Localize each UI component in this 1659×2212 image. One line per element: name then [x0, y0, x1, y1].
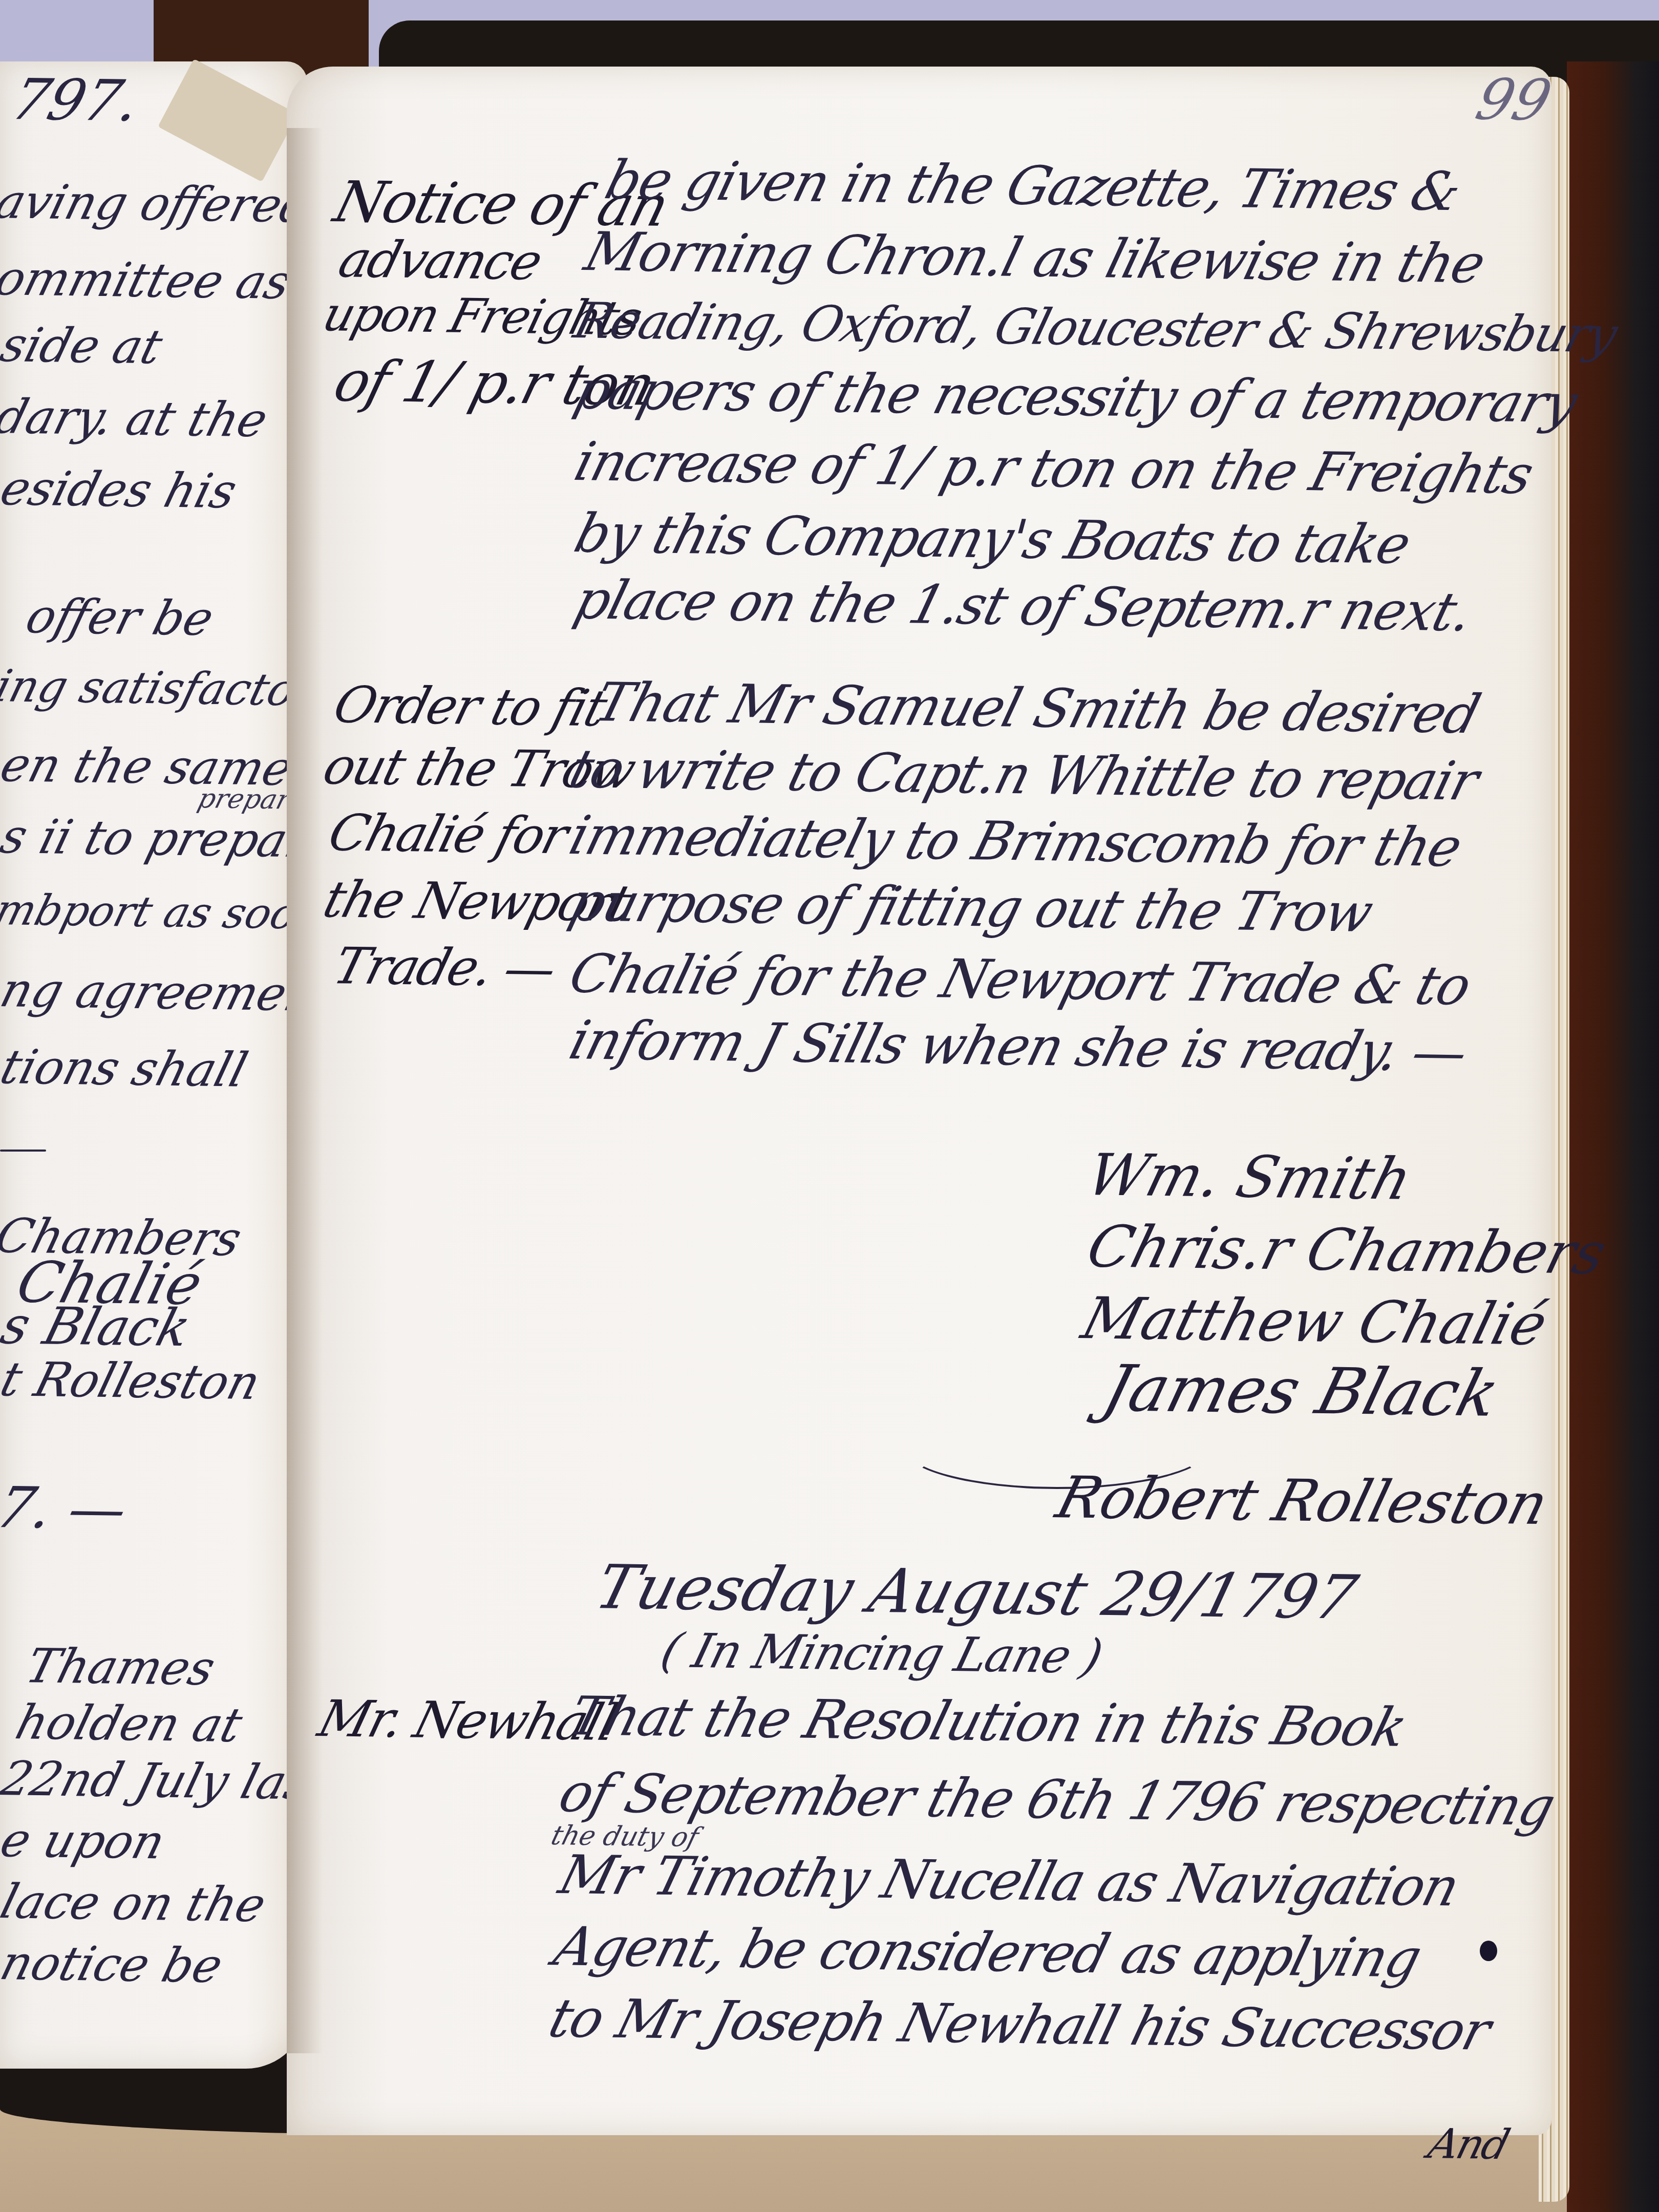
left-line: mbport as soon	[0, 886, 330, 939]
entry-line: inform J Sills when she is ready. —	[563, 1009, 1474, 1083]
left-page-header: 797.	[5, 67, 147, 134]
signature: Robert Rolleston	[1050, 1464, 1555, 1538]
signature: Chris.r Chambers	[1080, 1214, 1613, 1287]
left-line: 7. —	[0, 1475, 135, 1542]
entry-line: Morning Chron.l as likewise in the	[579, 220, 1491, 295]
left-line: dary. at the	[0, 389, 273, 448]
left-signature: s Black	[0, 1295, 197, 1358]
margin-note: Trade. —	[328, 937, 561, 998]
margin-note: advance	[333, 230, 547, 291]
book-cover-right	[1567, 61, 1659, 2212]
resolution-line: to Mr Joseph Newhall his Successor	[543, 1987, 1496, 2062]
meeting-date: Tuesday August 29/1797	[589, 1551, 1365, 1633]
left-line: holden at	[10, 1695, 248, 1753]
margin-note: Order to fit	[328, 676, 612, 738]
left-line: 22nd July last	[0, 1751, 336, 1811]
entry-line: by this Company's Boats to take	[568, 502, 1416, 576]
divider-rule	[0, 1150, 46, 1152]
margin-note: Chalié for	[323, 804, 573, 865]
left-line: side at	[0, 317, 168, 374]
left-signature: t Rolleston	[0, 1352, 266, 1410]
resolution-line: That the Resolution in this Book	[563, 1685, 1413, 1759]
entry-line: purpose of fitting out the Trow	[563, 870, 1379, 944]
resolution-line: Agent, be considered as applying	[548, 1915, 1427, 1990]
left-line: lace on the	[0, 1874, 271, 1932]
left-line: esides his	[0, 461, 242, 519]
left-line: notice be	[0, 1936, 228, 1993]
left-line: ommittee as	[0, 251, 297, 310]
signature: Matthew Chalié	[1075, 1285, 1554, 1358]
left-line: e upon	[0, 1813, 171, 1869]
left-line: tions shall	[0, 1039, 253, 1098]
entry-line: to write to Capt.n Whittle to repair	[563, 737, 1484, 813]
gutter-shadow	[287, 128, 323, 2053]
signature: Wm. Smith	[1080, 1142, 1418, 1213]
left-line: aving offered	[0, 174, 318, 233]
entry-line: That Mr Samuel Smith be desired	[589, 671, 1486, 746]
entry-line: Chalié for the Newport Trade & to	[563, 942, 1477, 1017]
meeting-location: ( In Mincing Lane )	[655, 1623, 1108, 1684]
catchword: And	[1423, 2120, 1513, 2168]
entry-line: increase of 1/ p.r ton on the Freights	[568, 430, 1539, 506]
entry-line: be given in the Gazette, Times &	[599, 148, 1467, 223]
left-line: offer be	[20, 589, 219, 646]
torn-flap	[158, 59, 297, 182]
resolution-line: Mr Timothy Nucella as Navigation	[553, 1843, 1465, 1919]
entry-line: immediately to Brimscomb for the	[563, 804, 1467, 879]
left-line: Thames	[20, 1639, 221, 1696]
ink-blot	[1480, 1941, 1497, 1961]
entry-line: place on the 1.st of Septem.r next.	[568, 568, 1478, 643]
